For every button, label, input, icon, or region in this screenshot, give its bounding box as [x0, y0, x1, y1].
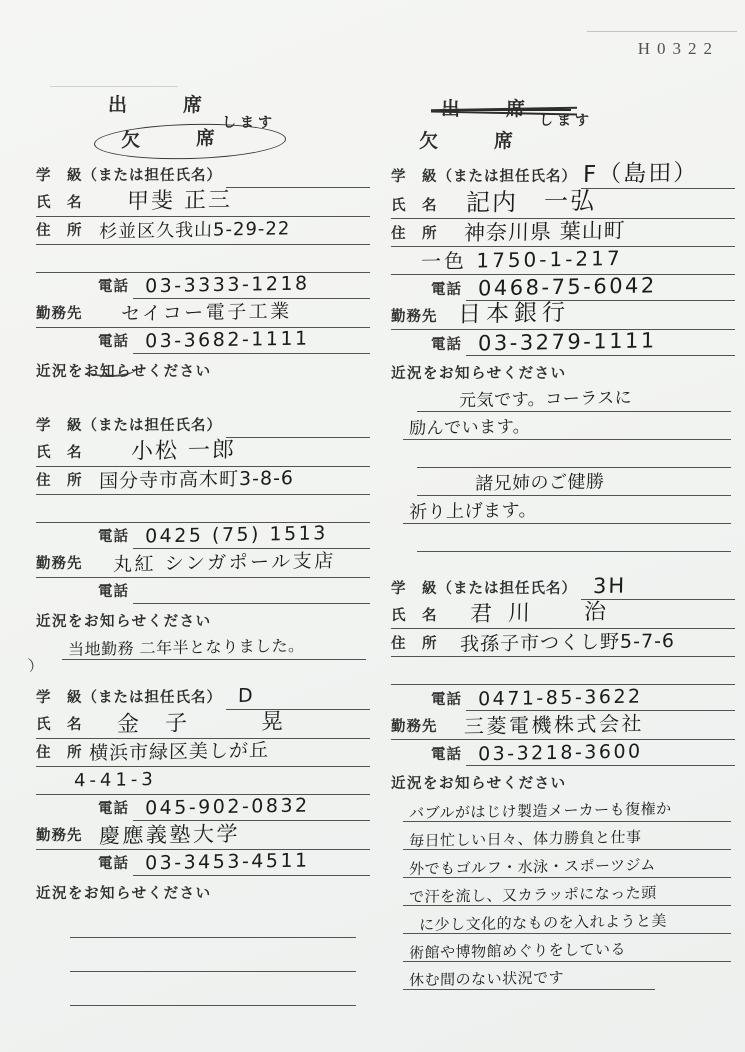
workplace-label: 勤務先 [36, 554, 87, 576]
work-phone-value [133, 596, 145, 598]
phone-label: 電話 [98, 332, 133, 354]
address-value: 国分寺市高木町3-8-6 [86, 469, 293, 495]
workplace-value: 慶應義塾大学 [86, 823, 239, 850]
news-line: 毎日忙しい日々、体力勝負と仕事 [403, 823, 731, 850]
blank-line [36, 245, 370, 273]
class-value: D [226, 687, 255, 709]
name-label: 氏 名 [36, 443, 87, 465]
form-entry: 学 級（または担任氏名） 3H 氏 名 君川 治 住 所 我孫子市つくし野5-7… [391, 574, 735, 990]
name-value: 金子 晃 [86, 710, 308, 739]
phone-value: 0468-75-6042 [466, 275, 657, 302]
news-text: 祈り上げます。 [403, 501, 537, 524]
class-field [226, 169, 370, 188]
address-row: 住 所 神奈川県 葉山町 [391, 219, 735, 247]
workplace-label: 勤務先 [36, 826, 87, 848]
address-label: 住 所 [36, 221, 87, 243]
work-phone-value: 03-3218-3600 [466, 742, 643, 767]
address-row: 住 所 杉並区久我山5-29-22 [36, 217, 370, 245]
address-field: 杉並区久我山5-29-22 [87, 222, 371, 243]
news-label: 近況をお知らせください [36, 882, 370, 904]
workplace-field: 三菱電機株式会社 [442, 715, 736, 738]
phone-value: 0471-85-3622 [466, 687, 643, 712]
address-field-2: 4-41-3 [36, 772, 370, 793]
workplace-row: 勤務先 セイコー電子工業 [36, 300, 370, 328]
phone-row: 電話 0468-75-6042 [391, 275, 735, 302]
address-field-2: 一色 1750-1-217 [391, 250, 735, 273]
address-label: 住 所 [391, 634, 442, 656]
workplace-value: セイコー電子工業 [86, 302, 291, 328]
news-text: 励んでいます。 [403, 419, 530, 441]
absent-label: 欠席 [419, 130, 569, 154]
name-field: 甲斐 正三 [87, 190, 371, 215]
phone-value: 045-902-0832 [133, 797, 310, 822]
name-row: 氏 名 君川 治 [391, 601, 735, 629]
news-text [417, 549, 423, 551]
workplace-value: 丸紅 シンガポール支店 [86, 552, 335, 578]
news-line: 当地勤務 二年半となりました。 [62, 633, 366, 660]
class-field [226, 419, 370, 438]
document-id: H0322 [638, 39, 719, 59]
workplace-value: 三菱電機株式会社 [441, 714, 643, 741]
work-phone-value: 03-3453-4511 [133, 852, 310, 877]
class-field: F（島田） [581, 162, 735, 189]
name-row: 氏 名 甲斐 正三 [36, 189, 370, 217]
name-field: 記内 一弘 [442, 190, 736, 217]
news-line: バブルがはじけ製造メーカーも復権か [403, 795, 731, 822]
class-row: 学 級（または担任氏名） D [36, 684, 370, 711]
scan-artifact-line [587, 31, 737, 32]
address-value: 横浜市緑区美しが丘 [86, 741, 268, 766]
form-entry: 学 級（または担任氏名） D 氏 名 金子 晃 住 所 横浜市緑区美しが丘 4-… [36, 684, 370, 1006]
phone-row: 電話 03-3333-1218 [36, 273, 370, 300]
name-field: 金子 晃 [87, 712, 371, 737]
news-text: 外でもゴルフ・水泳・スポーツジム [403, 858, 656, 880]
news-text [417, 465, 423, 467]
work-phone-field: 03-3682-1111 [133, 331, 370, 354]
scan-artifact-line [50, 86, 178, 87]
class-row: 学 級（または担任氏名） 3H [391, 574, 735, 601]
workplace-row: 勤務先 三菱電機株式会社 [391, 712, 735, 740]
name-field: 君川 治 [442, 602, 736, 627]
name-label: 氏 名 [391, 196, 442, 218]
work-phone-value: 03-3682-1111 [133, 330, 310, 355]
work-phone-value: 03-3279-1111 [466, 330, 657, 357]
address-label: 住 所 [36, 743, 87, 765]
work-phone-row: 電話 03-3218-3600 [391, 740, 735, 767]
form-entry: 学 級（または担任氏名） 氏 名 小松 一郎 住 所 国分寺市高木町3-8-6 … [36, 412, 370, 660]
workplace-label: 勤務先 [36, 304, 87, 326]
workplace-label: 勤務先 [391, 717, 442, 739]
news-line [417, 441, 731, 468]
blank-line [70, 948, 356, 972]
address-label: 住 所 [391, 224, 442, 246]
news-text: 諸兄姉のご健勝 [417, 473, 605, 497]
workplace-label: 勤務先 [391, 307, 442, 329]
address-value: 杉並区久我山5-29-22 [86, 220, 290, 244]
name-label: 氏 名 [36, 715, 87, 737]
workplace-row: 勤務先 日本銀行 [391, 302, 735, 330]
news-line: 休む間のない状況です [403, 963, 655, 990]
news-line: 術館や博物館めぐりをしている [403, 935, 731, 962]
phone-value: 0425 (75) 1513 [133, 524, 328, 549]
address-value-2: 一色 1750-1-217 [391, 248, 623, 275]
news-label: 近況をお知らせください [391, 772, 735, 794]
phone-label: 電話 [431, 690, 466, 712]
address-value: 神奈川県 葉山町 [441, 220, 625, 247]
work-phone-row: 電話 03-3682-1111 [36, 328, 370, 355]
news-text: バブルがはじけ製造メーカーも復権か [403, 801, 672, 823]
phone-label: 電話 [98, 854, 133, 876]
news-line: 諸兄姉のご健勝 [417, 469, 731, 496]
news-line: 外でもゴルフ・水泳・スポーツジム [403, 851, 731, 878]
class-row: 学 級（または担任氏名） [36, 162, 370, 189]
name-value: 君川 治 [441, 601, 621, 629]
class-label: 学 級（または担任氏名） [391, 579, 581, 601]
phone-field: 0471-85-3622 [466, 689, 735, 712]
name-label: 氏 名 [391, 606, 442, 628]
workplace-field: セイコー電子工業 [87, 304, 371, 326]
name-row: 氏 名 金子 晃 [36, 711, 370, 739]
news-label: 近況をお知らせください [36, 360, 370, 382]
phone-field: 045-902-0832 [133, 798, 370, 821]
attendance-header-right: 出席 欠席 します [391, 94, 735, 160]
phone-label: 電話 [431, 335, 466, 357]
left-column: ） 出席 欠席 します 学 級（または担任氏名） 氏 名 甲斐 正三 住 所 杉… [36, 94, 370, 1022]
phone-field: 03-3333-1218 [133, 276, 370, 299]
news-text: で汗を流し、又カラッポになった頭 [403, 886, 657, 908]
work-phone-field [133, 585, 370, 604]
address-field: 横浜市緑区美しが丘 [87, 743, 371, 765]
work-phone-row: 電話 03-3453-4511 [36, 850, 370, 877]
class-label: 学 級（または担任氏名） [36, 166, 226, 188]
workplace-value: 日本銀行 [441, 301, 569, 329]
class-value [226, 180, 238, 182]
address-value-2: 4-41-3 [36, 771, 157, 794]
class-value: F（島田） [581, 161, 699, 189]
phone-row: 電話 0471-85-3622 [391, 685, 735, 712]
news-line: に少し文化的なものを入れようと美 [403, 907, 731, 934]
news-label: 近況をお知らせください [36, 610, 370, 632]
phone-label: 電話 [98, 527, 133, 549]
name-row: 氏 名 記内 一弘 [391, 190, 735, 219]
address-label: 住 所 [36, 471, 87, 493]
address-row-2: 一色 1750-1-217 [391, 247, 735, 275]
shimasu-label: します [222, 112, 276, 132]
form-entry: 学 級（または担任氏名） 氏 名 甲斐 正三 住 所 杉並区久我山5-29-22… [36, 162, 370, 382]
workplace-field: 慶應義塾大学 [87, 824, 371, 848]
phone-row: 電話 0425 (75) 1513 [36, 523, 370, 550]
news-line: で汗を流し、又カラッポになった頭 [403, 879, 731, 906]
news-line: 元気です。コーラスに [417, 385, 731, 412]
news-text: 術館や博物館めぐりをしている [403, 942, 626, 964]
work-phone-field: 03-3279-1111 [466, 331, 735, 356]
phone-row: 電話 045-902-0832 [36, 795, 370, 822]
news-line: 励んでいます。 [403, 413, 731, 440]
class-label: 学 級（または担任氏名） [36, 416, 226, 438]
blank-line [391, 657, 735, 685]
news-text: 当地勤務 二年半となりました。 [62, 638, 305, 661]
address-row: 住 所 我孫子市つくし野5-7-6 [391, 629, 735, 657]
class-field: 3H [581, 575, 735, 600]
work-phone-field: 03-3453-4511 [133, 853, 370, 876]
blank-line [70, 914, 356, 938]
name-row: 氏 名 小松 一郎 [36, 439, 370, 467]
news-line: 祈り上げます。 [403, 497, 731, 524]
work-phone-field: 03-3218-3600 [466, 744, 735, 767]
address-value: 我孫子市つくし野5-7-6 [441, 631, 674, 657]
phone-label: 電話 [431, 280, 466, 302]
workplace-field: 丸紅 シンガポール支店 [87, 554, 371, 576]
address-field: 国分寺市高木町3-8-6 [87, 471, 371, 493]
phone-label: 電話 [98, 582, 133, 604]
name-label: 氏 名 [36, 193, 87, 215]
blank-line [36, 495, 370, 523]
news-label: 近況をお知らせください [391, 362, 735, 384]
class-value: 3H [581, 575, 627, 600]
news-line [417, 525, 731, 552]
workplace-row: 勤務先 慶應義塾大学 [36, 822, 370, 850]
class-label: 学 級（または担任氏名） [391, 167, 581, 189]
address-field: 我孫子市つくし野5-7-6 [442, 634, 736, 656]
news-text: 元気です。コーラスに [417, 390, 632, 414]
name-value: 記内 一弘 [441, 189, 595, 219]
workplace-row: 勤務先 丸紅 シンガポール支店 [36, 550, 370, 578]
name-field: 小松 一郎 [87, 440, 371, 465]
shimasu-label: します [539, 110, 593, 130]
phone-field: 0425 (75) 1513 [133, 526, 370, 549]
address-row: 住 所 国分寺市高木町3-8-6 [36, 467, 370, 495]
class-label: 学 級（または担任氏名） [36, 688, 226, 710]
form-entry: 学 級（または担任氏名） F（島田） 氏 名 記内 一弘 住 所 神奈川県 葉山… [391, 162, 735, 552]
workplace-field: 日本銀行 [442, 302, 736, 328]
address-row: 住 所 横浜市緑区美しが丘 [36, 739, 370, 767]
stray-pen-mark: ） [27, 653, 45, 676]
class-row: 学 級（または担任氏名） F（島田） [391, 162, 735, 190]
phone-value: 03-3333-1218 [133, 275, 310, 300]
news-text: 毎日忙しい日々、体力勝負と仕事 [403, 830, 642, 852]
address-row-2: 4-41-3 [36, 767, 370, 795]
class-field: D [226, 687, 370, 710]
work-phone-row: 電話 [36, 578, 370, 605]
attendance-header-left: 出席 欠席 します [36, 94, 370, 160]
phone-label: 電話 [98, 277, 133, 299]
name-value: 小松 一郎 [86, 439, 235, 467]
phone-label: 電話 [431, 745, 466, 767]
name-value: 甲斐 正三 [86, 189, 231, 217]
class-value [226, 430, 238, 432]
news-text: 休む間のない状況です [403, 970, 564, 991]
phone-label: 電話 [98, 799, 133, 821]
work-phone-row: 電話 03-3279-1111 [391, 330, 735, 357]
right-column: 出席 欠席 します 学 級（または担任氏名） F（島田） 氏 名 記内 一弘 住… [391, 94, 735, 1006]
blank-line [70, 982, 356, 1006]
address-field: 神奈川県 葉山町 [442, 221, 736, 245]
class-row: 学 級（または担任氏名） [36, 412, 370, 439]
news-text: に少し文化的なものを入れようと美 [403, 913, 667, 935]
phone-field: 0468-75-6042 [466, 276, 735, 301]
